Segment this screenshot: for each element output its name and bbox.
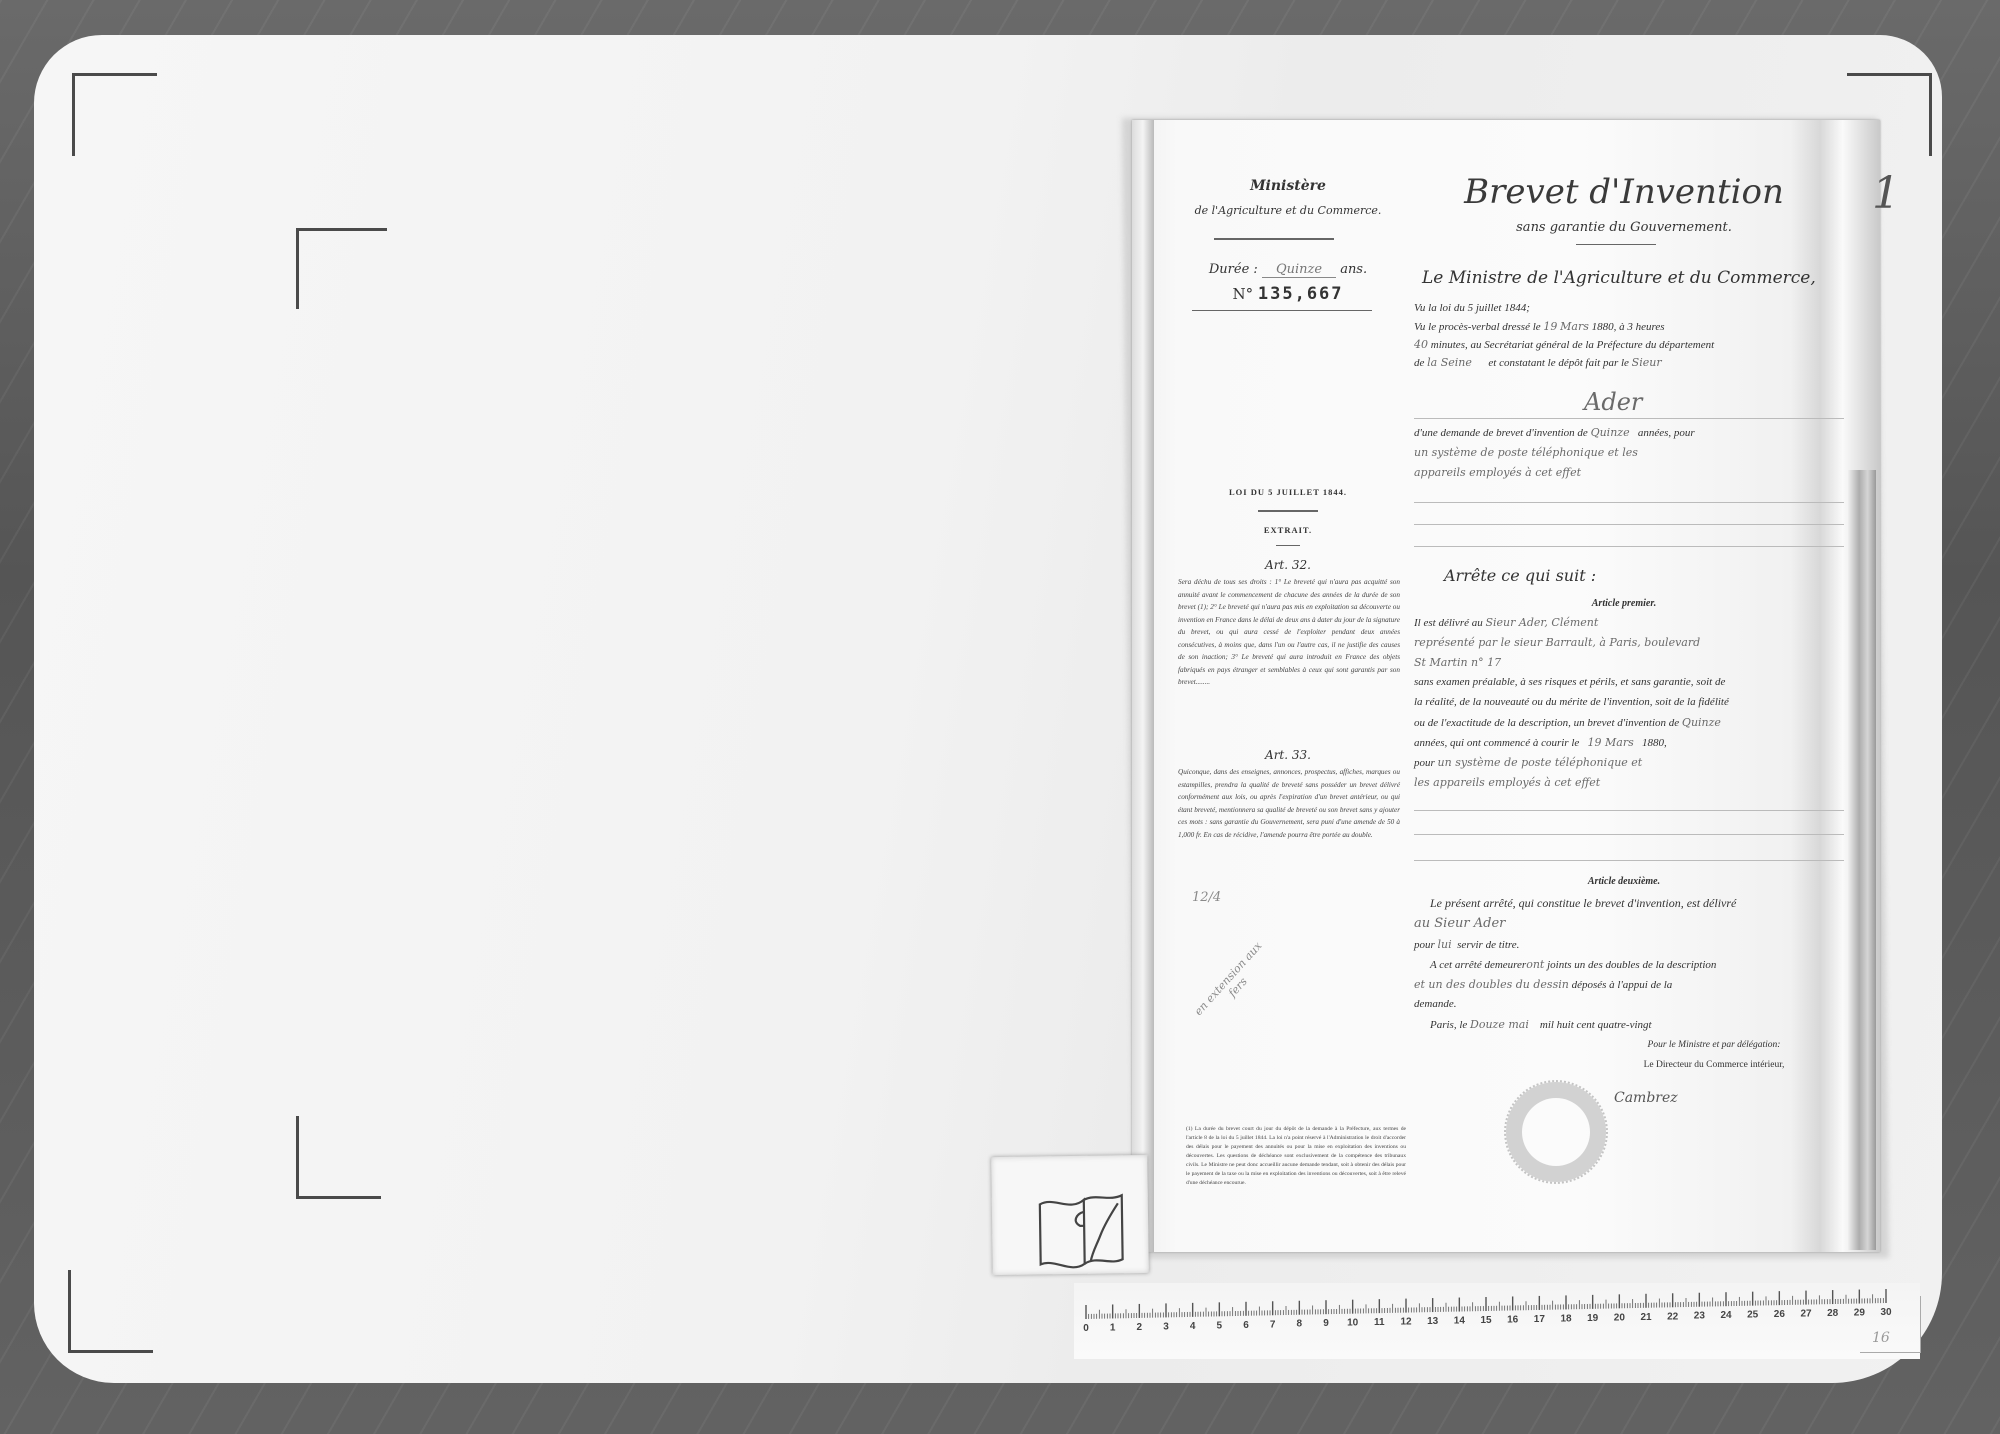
ruled-line [1414,860,1844,861]
article-2-heading: Article deuxième. [1404,876,1844,887]
svg-text:16: 16 [1507,1314,1519,1325]
pencil-note-fraction: 12/4 [1192,890,1221,905]
ruled-line [1414,546,1844,547]
duration-value: Quinze [1262,262,1336,278]
ruled-line [1414,834,1844,835]
ruled-line [1414,502,1844,503]
law-heading: LOI DU 5 JUILLET 1844. [1172,487,1404,497]
svg-text:19: 19 [1587,1313,1599,1324]
patent-number: 135,667 [1258,284,1344,304]
patent-document: Ministère de l'Agriculture et du Commerc… [1132,120,1880,1252]
text-line: de la Seine et constatant le dépôt fait … [1414,356,1844,369]
divider [1258,510,1318,512]
director-line: Le Directeur du Commerce intérieur, [1494,1060,1934,1070]
svg-text:26: 26 [1774,1309,1786,1320]
svg-text:20: 20 [1614,1312,1626,1323]
text-line: la réalité, de la nouveauté ou du mérite… [1414,696,1844,708]
text-line: et un des doubles du dessin déposés à l'… [1414,978,1844,991]
text-line: les appareils employés à cet effet [1414,776,1844,789]
text-line: Le présent arrêté, qui constitue le brev… [1430,896,1860,911]
crop-mark-outer-top-left [72,73,157,156]
text-line: d'une demande de brevet d'invention de Q… [1414,426,1844,439]
delegation-line: Pour le Ministre et par délégation: [1494,1040,1934,1050]
svg-text:28: 28 [1827,1308,1839,1319]
number-label: N° [1232,285,1253,303]
article-1-heading: Article premier. [1404,598,1844,609]
date-line: Paris, le Douze mai mil huit cent quatre… [1430,1018,1860,1031]
article-33-text: Quiconque, dans des enseignes, annonces,… [1178,766,1400,841]
svg-text:2: 2 [1137,1322,1143,1333]
article-32-text: Sera déchu de tous ses droits : 1° Le br… [1178,576,1400,689]
divider [1576,244,1656,245]
signature: Cambrez [1614,1090,1678,1106]
text-line: 40 minutes, au Secrétariat général de la… [1414,338,1844,351]
invention-description-line-1: un système de poste téléphonique et les [1414,446,1844,459]
measurement-ruler: 0123456789101112131415161718192021222324… [1074,1283,1920,1359]
crop-mark-inner-bottom-left [296,1116,381,1199]
svg-text:22: 22 [1667,1311,1679,1322]
extract-heading: EXTRAIT. [1172,525,1404,535]
svg-text:27: 27 [1800,1309,1812,1320]
divider [1276,545,1300,546]
footnote: (1) La durée du brevet court du jour du … [1186,1125,1406,1188]
document-left-fold [1132,120,1154,1252]
pencil-frame-mark [1860,1296,1921,1353]
svg-text:9: 9 [1323,1318,1329,1329]
divider [1214,238,1334,240]
text-line: au Sieur Ader [1414,916,1844,931]
svg-text:14: 14 [1454,1316,1466,1327]
svg-text:1: 1 [1110,1322,1116,1333]
svg-text:8: 8 [1297,1319,1303,1330]
text-line: pour un système de poste téléphonique et [1414,756,1844,769]
text-line: Vu la loi du 5 juillet 1844; [1414,302,1844,314]
duration-label: Durée : [1209,262,1258,277]
ruled-line [1414,810,1844,811]
logo-card [991,1155,1149,1275]
crop-mark-outer-bottom-left [68,1270,153,1353]
ruled-line [1414,524,1844,525]
open-book-map-icon [991,1155,1149,1275]
pencil-note-diagonal: en extension aux fers [1187,933,1280,1032]
divider [1192,310,1372,311]
text-line: représenté par le sieur Barrault, à Pari… [1414,636,1844,649]
embossed-seal [1504,1080,1608,1184]
svg-text:13: 13 [1427,1316,1439,1327]
svg-text:11: 11 [1374,1317,1385,1328]
svg-text:21: 21 [1640,1312,1652,1323]
applicant-name: Ader [1584,388,1642,416]
text-line: Il est délivré au Sieur Ader, Clément [1414,616,1844,629]
svg-text:12: 12 [1400,1317,1412,1328]
svg-text:0: 0 [1083,1323,1089,1334]
document-subtitle: sans garantie du Gouvernement. [1404,220,1844,235]
minister-heading: Le Ministre de l'Agriculture et du Comme… [1422,268,1816,288]
ministry-subtitle: de l'Agriculture et du Commerce. [1172,204,1404,217]
svg-text:17: 17 [1534,1314,1546,1325]
text-line: demande. [1414,998,1844,1010]
svg-text:4: 4 [1190,1321,1196,1332]
article-32-heading: Art. 32. [1172,558,1404,572]
text-line: ou de l'exactitude de la description, un… [1414,716,1844,729]
ministry-title: Ministère [1172,178,1404,194]
svg-text:3: 3 [1163,1321,1169,1332]
text-line: Vu le procès-verbal dressé le 19 Mars 18… [1414,320,1844,333]
svg-text:25: 25 [1747,1310,1759,1321]
svg-text:10: 10 [1347,1318,1359,1329]
text-line: A cet arrêté demeureront joints un des d… [1430,958,1860,971]
ruled-line [1414,418,1844,419]
svg-text:23: 23 [1694,1311,1706,1322]
duration-unit: ans. [1340,262,1367,277]
text-line: pour lui servir de titre. [1414,938,1844,951]
invention-description-line-2: appareils employés à cet effet [1414,466,1844,479]
decree-heading: Arrête ce qui suit : [1444,566,1596,585]
text-line: années, qui ont commencé à courir le 19 … [1414,736,1844,749]
duration-line: Durée : Quinze ans. [1172,262,1404,277]
document-title: Brevet d'Invention [1404,172,1844,212]
crop-mark-inner-top-left [296,228,387,309]
pencil-mark: 16 [1872,1330,1890,1346]
svg-text:5: 5 [1217,1320,1223,1331]
sheet-number: 1 [1872,168,1900,219]
patent-number-line: N° 135,667 [1172,284,1404,304]
svg-text:6: 6 [1243,1320,1249,1331]
svg-text:24: 24 [1720,1310,1732,1321]
svg-text:15: 15 [1480,1315,1492,1326]
article-33-heading: Art. 33. [1172,748,1404,762]
svg-text:7: 7 [1270,1319,1276,1330]
svg-text:18: 18 [1560,1313,1572,1324]
text-line: sans examen préalable, à ses risques et … [1414,676,1844,688]
document-right-fold [1848,470,1876,1250]
text-line: St Martin n° 17 [1414,656,1844,669]
